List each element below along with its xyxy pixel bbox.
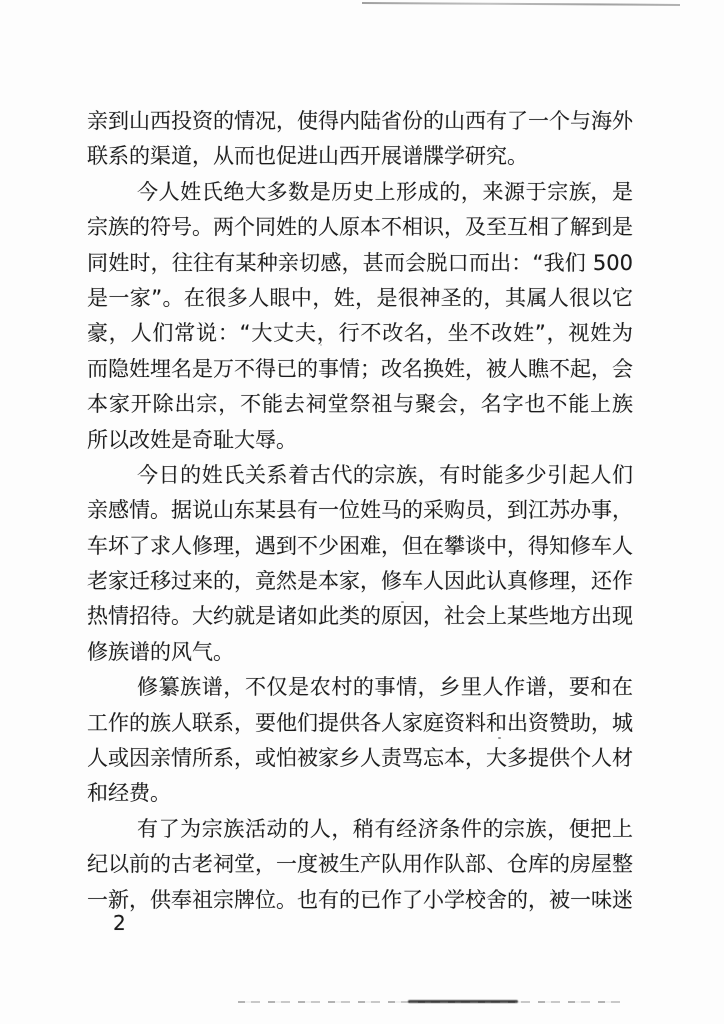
text-line: 一新，供奉祖宗牌位。也有的已作了小学校舍的，被一味迷信 — [87, 883, 633, 918]
text-line: 亲感情。据说山东某县有一位姓马的采购员，到江苏办事，汽 — [87, 493, 633, 528]
scanned-book-page: 亲到山西投资的情况，使得内陆省份的山西有了一个与海外联系的渠道，从而也促进山西开… — [0, 0, 724, 1024]
scan-noise-speck — [588, 182, 591, 184]
text-line: 工作的族人联系，要他们提供各人家庭资料和出资赞助，城里 — [87, 706, 633, 741]
text-line: 同姓时，往往有某种亲切感，甚而会脱口而出：“我们 500 年前 — [87, 246, 633, 281]
text-line: 今日的姓氏关系着古代的宗族，有时能多少引起人们宗 — [87, 458, 633, 493]
text-line: 本家开除出宗，不能去祠堂祭祖与聚会，名字也不能上族谱， — [87, 387, 633, 422]
scan-noise-speck — [401, 601, 404, 603]
page-number: 2 — [113, 911, 126, 935]
text-line: 亲到山西投资的情况，使得内陆省份的山西有了一个与海外 — [87, 104, 633, 139]
scan-artifact-bottom-line — [238, 1000, 622, 1003]
text-line: 人或因亲情所系，或怕被家乡人责骂忘本，大多提供个人材料 — [87, 741, 633, 776]
text-line: 而隐姓埋名是万不得已的事情；改名换姓，被人瞧不起，会被 — [87, 352, 633, 387]
text-line: 有了为宗族活动的人，稍有经济条件的宗族，便把上半世 — [87, 812, 633, 847]
scan-noise-speck — [498, 737, 501, 739]
text-line: 所以改姓是奇耻大辱。 — [87, 423, 633, 458]
text-line: 热情招待。大约就是诸如此类的原因，社会上某些地方出现 — [87, 599, 633, 634]
text-line: 纪以前的古老祠堂，一度被生产队用作队部、仓库的房屋整顿 — [87, 847, 633, 882]
text-line: 联系的渠道，从而也促进山西开展谱牒学研究。 — [87, 139, 633, 174]
text-line: 是一家”。在很多人眼中，姓，是很神圣的，其属人很以它为自 — [87, 281, 633, 316]
scan-artifact-top-line — [362, 2, 680, 6]
text-line: 修族谱的风气。 — [87, 635, 633, 670]
scan-noise-speck — [320, 344, 322, 346]
scan-artifact-smudge — [408, 1000, 518, 1003]
text-line: 车坏了求人修理，遇到不少困难，但在攀谈中，得知修车人是 — [87, 529, 633, 564]
text-line: 今人姓氏绝大多数是历史上形成的，来源于宗族，是某个 — [87, 175, 633, 210]
text-line: 豪，人们常说：“大丈夫，行不改名，坐不改姓”，视姓为生命，故 — [87, 316, 633, 351]
text-line: 修纂族谱，不仅是农村的事情，乡里人作谱，要和在城里 — [87, 670, 633, 705]
text-line: 宗族的符号。两个同姓的人原本不相识，及至互相了解到是 — [87, 210, 633, 245]
text-block: 亲到山西投资的情况，使得内陆省份的山西有了一个与海外联系的渠道，从而也促进山西开… — [87, 104, 633, 918]
text-line: 老家迁移过来的，竟然是本家，修车人因此认真修理，还作了 — [87, 564, 633, 599]
text-line: 和经费。 — [87, 776, 633, 811]
